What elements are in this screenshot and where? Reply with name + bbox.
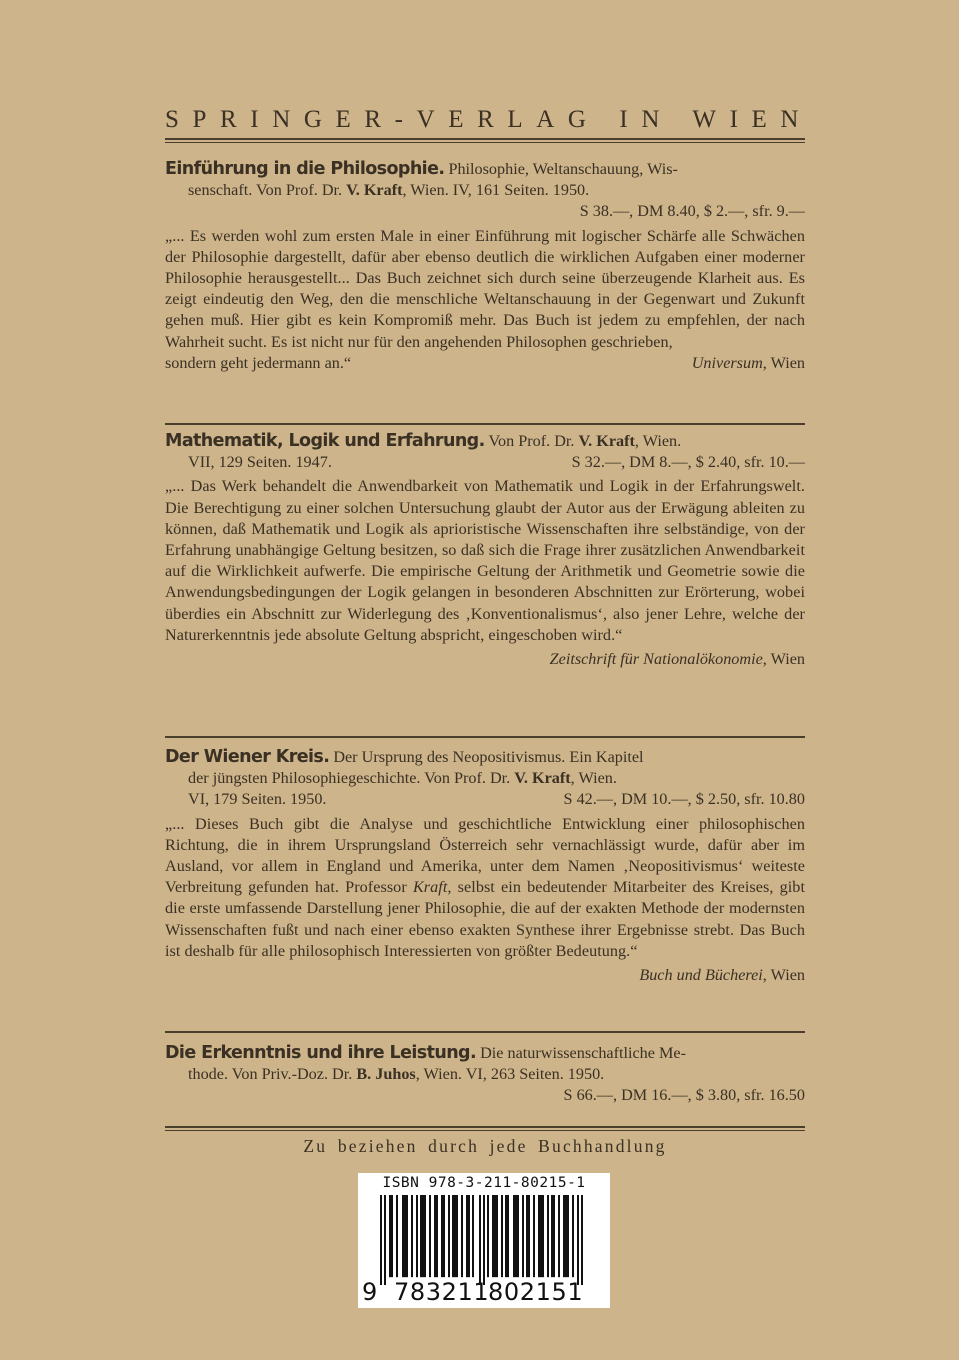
book-details-line: der jüngsten Philosophiegeschichte. Von … xyxy=(165,768,805,789)
entry-heading: Einführung in die Philosophie. Philosoph… xyxy=(165,159,805,201)
price-line: VI, 179 Seiten. 1950. S 42.—, DM 10.—, $… xyxy=(165,789,805,810)
price-line: VII, 129 Seiten. 1947. S 32.—, DM 8.—, $… xyxy=(165,452,805,473)
isbn-barcode: ISBN 978-3-211-80215-1 xyxy=(358,1173,610,1308)
review-quote: „... Es werden wohl zum ersten Male in e… xyxy=(165,226,805,353)
book-title: Mathematik, Logik und Erfahrung. xyxy=(165,431,485,451)
book-title: Einführung in die Philosophie. xyxy=(165,159,444,179)
book-details: VII, 129 Seiten. 1947. xyxy=(188,452,332,473)
book-price: S 32.—, DM 8.—, $ 2.40, sfr. 10.— xyxy=(572,452,805,473)
book-author: V. Kraft xyxy=(579,432,635,450)
review-quote: „... Das Werk behandelt die Anwendbarkei… xyxy=(165,476,805,646)
barcode-icon xyxy=(380,1195,590,1285)
review-source: Buch und Bücherei, Wien xyxy=(165,965,805,986)
entry-heading: Mathematik, Logik und Erfahrung. Von Pro… xyxy=(165,431,805,452)
book-subtitle: Der Ursprung des Neopositivismus. Ein Ka… xyxy=(333,748,643,766)
author-name-italic: Kraft, xyxy=(413,878,452,896)
availability-note: Zu beziehen durch jede Buchhandlung xyxy=(165,1136,805,1157)
book-title: Der Wiener Kreis. xyxy=(165,747,329,767)
book-entry-wiener-kreis: Der Wiener Kreis. Der Ursprung des Neopo… xyxy=(165,747,805,986)
book-entry-mathematik: Mathematik, Logik und Erfahrung. Von Pro… xyxy=(165,431,805,670)
book-details: thode. Von Priv.-Doz. Dr. B. Juhos, Wien… xyxy=(165,1064,805,1085)
review-quote: „... Dieses Buch gibt die Analyse und ge… xyxy=(165,814,805,962)
review-last-line: sondern geht jedermann an.“ Universum, W… xyxy=(165,353,805,374)
isbn-label: ISBN 978-3-211-80215-1 xyxy=(358,1175,610,1191)
book-author: V. Kraft xyxy=(346,181,402,199)
book-price: S 66.—, DM 16.—, $ 3.80, sfr. 16.50 xyxy=(564,1085,805,1106)
book-title: Die Erkenntnis und ihre Leistung. xyxy=(165,1043,476,1063)
book-entry-einfuehrung: Einführung in die Philosophie. Philosoph… xyxy=(165,159,805,374)
double-rule-top xyxy=(165,138,805,143)
book-subtitle: Die naturwissenschaftliche Me- xyxy=(480,1044,686,1062)
book-price: S 38.—, DM 8.40, $ 2.—, sfr. 9.— xyxy=(580,201,805,222)
entry-heading: Die Erkenntnis und ihre Leistung. Die na… xyxy=(165,1043,805,1085)
review-source: Universum, Wien xyxy=(692,353,805,374)
book-author: B. Juhos xyxy=(356,1065,415,1083)
review-source: Zeitschrift für Nationalökonomie, Wien xyxy=(165,649,805,670)
book-price: S 42.—, DM 10.—, $ 2.50, sfr. 10.80 xyxy=(564,789,805,810)
book-details: senschaft. Von Prof. Dr. V. Kraft, Wien.… xyxy=(165,180,805,201)
price-line: S 66.—, DM 16.—, $ 3.80, sfr. 16.50 xyxy=(165,1085,805,1106)
price-line: S 38.—, DM 8.40, $ 2.—, sfr. 9.— xyxy=(165,201,805,222)
book-entry-erkenntnis: Die Erkenntnis und ihre Leistung. Die na… xyxy=(165,1043,805,1107)
book-subtitle: Philosophie, Weltanschauung, Wis- xyxy=(448,160,677,178)
divider-rule xyxy=(165,736,805,738)
publisher-heading: SPRINGER-VERLAG IN WIEN xyxy=(165,106,805,134)
entry-heading: Der Wiener Kreis. Der Ursprung des Neopo… xyxy=(165,747,805,789)
divider-rule xyxy=(165,423,805,425)
book-details: VI, 179 Seiten. 1950. xyxy=(188,789,326,810)
double-rule-bottom xyxy=(165,1126,805,1131)
divider-rule xyxy=(165,1031,805,1033)
book-author: V. Kraft xyxy=(514,769,570,787)
